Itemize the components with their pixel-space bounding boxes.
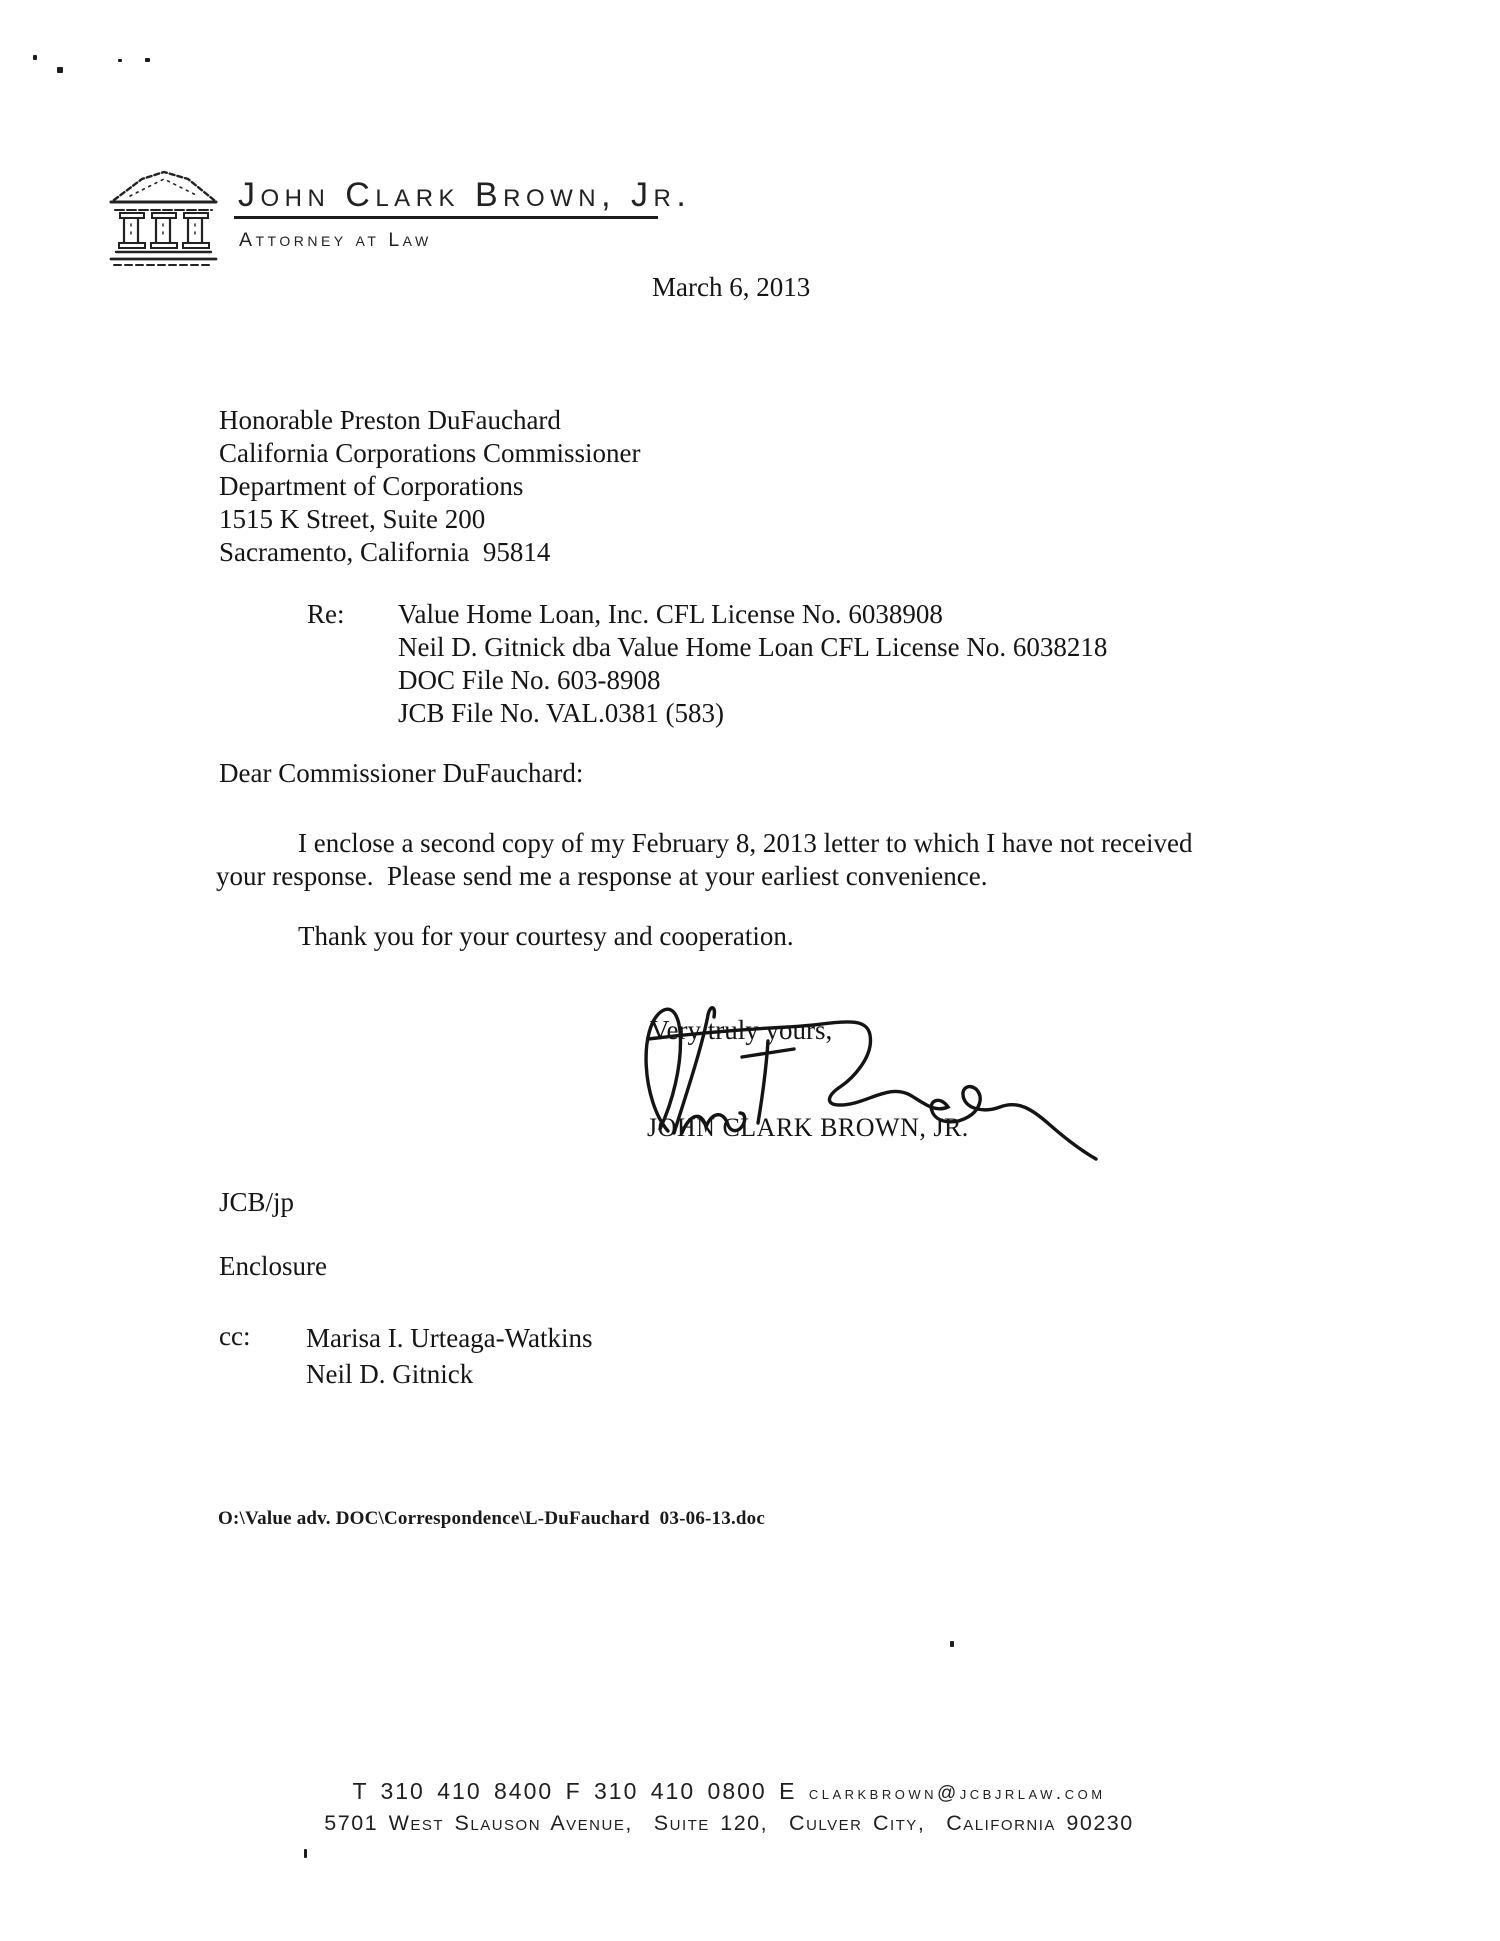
cc-label: cc: [219,1320,250,1353]
letterhead-rule [234,216,658,219]
re-line: Neil D. Gitnick dba Value Home Loan CFL … [398,631,1107,664]
body-paragraph1-line2: your response. Please send me a response… [216,860,987,893]
recipient-line: Sacramento, California 95814 [219,536,640,569]
re-line: DOC File No. 603-8908 [398,664,1107,697]
scan-speck [304,1849,307,1858]
re-line: Value Home Loan, Inc. CFL License No. 60… [398,598,1107,631]
letterhead-title: Attorney at Law [239,229,432,252]
enclosure-note: Enclosure [219,1250,327,1283]
file-reference: O:\Value adv. DOC\Correspondence\L-DuFau… [218,1508,765,1530]
salutation: Dear Commissioner DuFauchard: [219,757,583,790]
body-paragraph2: Thank you for your courtesy and cooperat… [298,920,794,953]
courthouse-columns-icon [108,166,220,268]
re-label: Re: [307,598,345,631]
recipient-line: 1515 K Street, Suite 200 [219,503,640,536]
contact-footer: T 310 410 8400 F 310 410 0800 E clarkbro… [0,1778,1458,1836]
cc-name: Neil D. Gitnick [306,1356,592,1392]
scan-speck [950,1641,954,1647]
recipient-line: California Corporations Commissioner [219,437,640,470]
email-address: clarkbrown@jcbjrlaw.com [809,1783,1106,1804]
letter-date: March 6, 2013 [652,271,810,304]
scan-speck [33,55,37,60]
scan-speck [57,67,63,73]
scan-speck [118,59,122,62]
letterhead-name: John Clark Brown, Jr. [238,176,691,215]
re-line: JCB File No. VAL.0381 (583) [398,697,1107,730]
contact-footer-line2: 5701 West Slauson Avenue, Suite 120, Cul… [0,1811,1458,1836]
scan-speck [145,58,150,62]
signer-typed-name: JOHN CLARK BROWN, JR. [647,1111,969,1144]
cc-name: Marisa I. Urteaga-Watkins [306,1320,592,1356]
contact-footer-line1: T 310 410 8400 F 310 410 0800 E clarkbro… [0,1778,1458,1805]
re-lines: Value Home Loan, Inc. CFL License No. 60… [398,598,1107,730]
recipient-line: Honorable Preston DuFauchard [219,404,640,437]
cc-names: Marisa I. Urteaga-Watkins Neil D. Gitnic… [306,1320,592,1392]
handwritten-signature [618,983,1108,1173]
recipient-line: Department of Corporations [219,470,640,503]
phone-fax-email-labels: T 310 410 8400 F 310 410 0800 E [352,1778,796,1804]
recipient-address: Honorable Preston DuFauchard California … [219,404,640,569]
body-paragraph1-line1: I enclose a second copy of my February 8… [298,827,1192,860]
typist-initials: JCB/jp [219,1186,294,1219]
letter-page: John Clark Brown, Jr. Attorney at Law Ma… [0,0,1500,1941]
